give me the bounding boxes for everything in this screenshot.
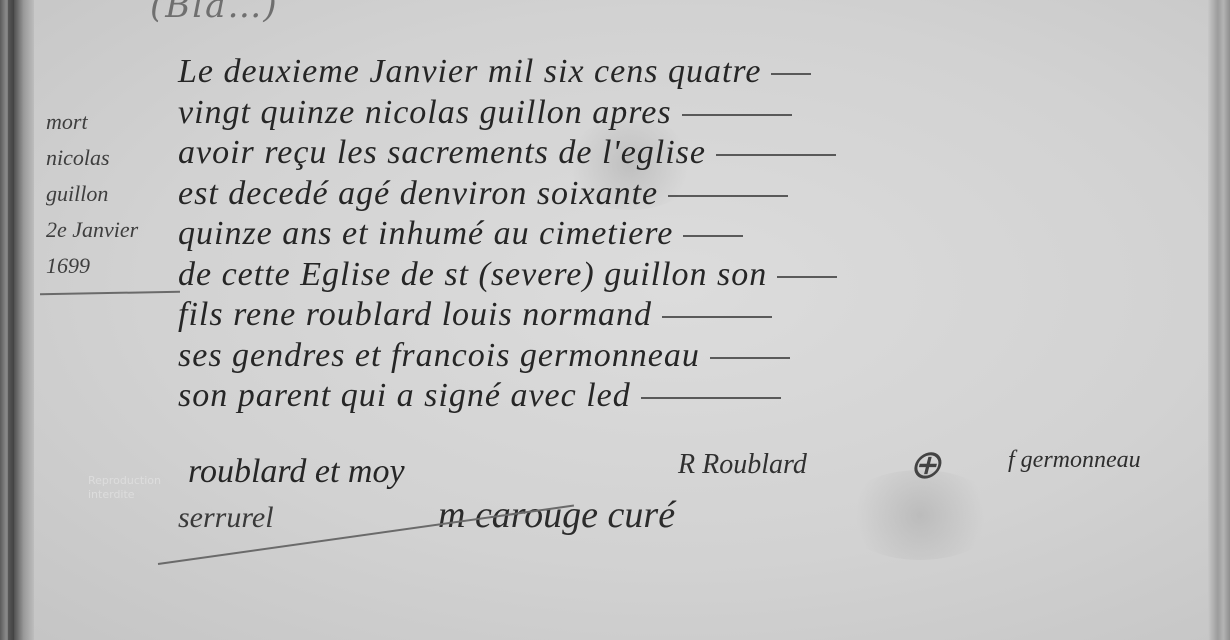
- margin-line: guillon: [46, 176, 181, 212]
- page-binding: [0, 0, 34, 640]
- line-filler: [668, 195, 788, 197]
- signature-serrurel: serrurel: [178, 501, 274, 535]
- signature-roublard: R Roublard: [678, 449, 807, 481]
- signature-curate: m carouge curé: [438, 493, 675, 537]
- line-filler: [662, 316, 772, 318]
- signature-block: roublard et moy R Roublard ⊕ f germonnea…: [178, 453, 1218, 633]
- entry-line: de cette Eglise de st (severe) guillon s…: [178, 255, 1188, 296]
- entry-body: Le deuxieme Janvier mil six cens quatre …: [178, 52, 1188, 417]
- line-filler: [771, 73, 811, 75]
- line-filler: [641, 397, 781, 399]
- line-filler: [682, 114, 792, 116]
- margin-note: mort nicolas guillon 2e Janvier 1699: [46, 104, 181, 284]
- entry-line: son parent qui a signé avec led: [178, 376, 1188, 417]
- entry-line: est decedé agé denviron soixante: [178, 174, 1188, 215]
- line-filler: [683, 235, 743, 237]
- signature-mark-icon: ⊕: [908, 441, 942, 488]
- entry-line: quinze ans et inhumé au cimetiere: [178, 214, 1188, 255]
- header-fragment: (Bla…): [150, 0, 279, 26]
- margin-line: 1699: [46, 248, 181, 284]
- signature-germonneau: f germonneau: [1008, 447, 1141, 474]
- closing-line: roublard et moy: [188, 453, 405, 491]
- entry-line: fils rene roublard louis normand: [178, 295, 1188, 336]
- document-scan: (Bla…) mort nicolas guillon 2e Janvier 1…: [0, 0, 1230, 640]
- watermark: Reproduction interdite: [88, 474, 161, 502]
- entry-line: ses gendres et francois germonneau: [178, 336, 1188, 377]
- entry-line: Le deuxieme Janvier mil six cens quatre: [178, 52, 1188, 93]
- line-filler: [710, 357, 790, 359]
- margin-line: 2e Janvier: [46, 212, 181, 248]
- margin-line: nicolas: [46, 140, 181, 176]
- entry-line: vingt quinze nicolas guillon apres: [178, 93, 1188, 134]
- entry-line: avoir reçu les sacrements de l'eglise: [178, 133, 1188, 174]
- line-filler: [716, 154, 836, 156]
- margin-line: mort: [46, 104, 181, 140]
- margin-divider: [40, 291, 180, 295]
- line-filler: [777, 276, 837, 278]
